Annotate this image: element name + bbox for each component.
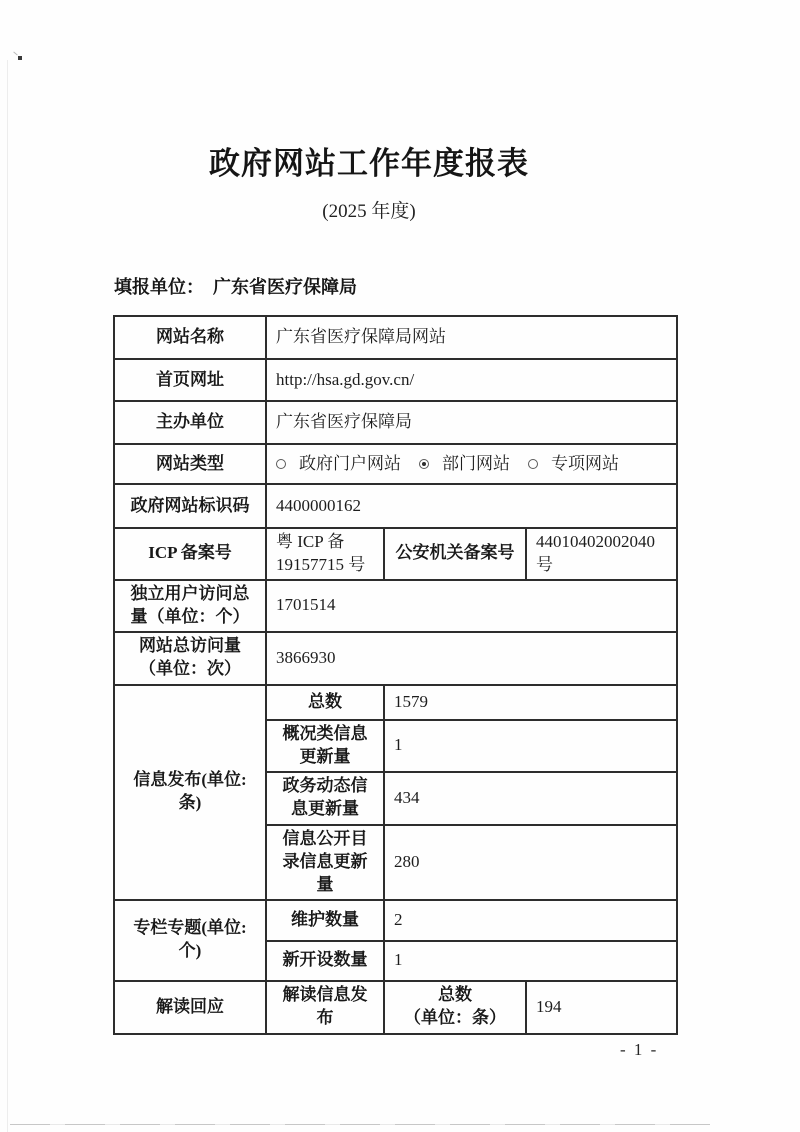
- scan-bottom-line: [10, 1124, 710, 1125]
- scan-artifact-dot: [18, 56, 22, 60]
- reporting-unit-label: 填报单位：: [114, 277, 204, 297]
- cell-total-visits: 3866930: [266, 632, 677, 685]
- table-row-total-visits: 网站总访问量（单位：次） 3866930: [114, 632, 677, 685]
- reporting-unit-line: 填报单位：广东省医疗保障局: [114, 273, 357, 299]
- row-label-police-record: 公安机关备案号: [384, 528, 526, 580]
- row-label-info-overview: 概况类信息更新量: [266, 720, 384, 772]
- website-type-options: 政府门户网站 部门网站 专项网站: [276, 453, 667, 476]
- row-label-icp: ICP 备案号: [114, 528, 266, 580]
- report-year: (2025 年度): [322, 196, 415, 223]
- row-label-columns-maintained: 维护数量: [266, 900, 384, 941]
- scan-edge-line: [7, 60, 8, 1132]
- row-label-unique-visitors: 独立用户访问总量（单位：个）: [114, 580, 266, 632]
- row-label-website-name: 网站名称: [114, 316, 266, 359]
- option-label-department-site: 部门网站: [442, 453, 510, 476]
- page-number: - 1 -: [620, 1040, 658, 1060]
- row-label-info-publish: 信息发布(单位:条): [114, 685, 266, 900]
- cell-sponsor: 广东省医疗保障局: [266, 401, 677, 444]
- cell-info-dynamic: 434: [384, 772, 677, 825]
- row-label-website-type: 网站类型: [114, 444, 266, 484]
- cell-interpretation-total: 194: [526, 981, 677, 1034]
- report-table: 网站名称 广东省医疗保障局网站 首页网址 http://hsa.gd.gov.c…: [113, 315, 678, 1035]
- table-row-icp: ICP 备案号 粤 ICP 备 19157715 号 公安机关备案号 44010…: [114, 528, 677, 580]
- cell-info-catalog: 280: [384, 825, 677, 900]
- report-title: 政府网站工作年度报表: [209, 138, 529, 183]
- row-label-special-columns: 专栏专题(单位:个): [114, 900, 266, 981]
- cell-unique-visitors: 1701514: [266, 580, 677, 632]
- cell-icp-number: 粤 ICP 备 19157715 号: [266, 528, 384, 580]
- row-label-sponsor: 主办单位: [114, 401, 266, 444]
- scan-artifact-tick: [13, 52, 17, 56]
- table-row-website-name: 网站名称 广东省医疗保障局网站: [114, 316, 677, 359]
- cell-website-type: 政府门户网站 部门网站 专项网站: [266, 444, 677, 484]
- table-row-website-type: 网站类型 政府门户网站 部门网站 专项网站: [114, 444, 677, 484]
- radio-icon-government-portal: [276, 459, 286, 469]
- row-label-homepage-url: 首页网址: [114, 359, 266, 401]
- row-label-total-visits: 网站总访问量（单位：次）: [114, 632, 266, 685]
- row-label-interpretation: 解读回应: [114, 981, 266, 1034]
- cell-columns-new: 1: [384, 941, 677, 981]
- row-label-info-total: 总数: [266, 685, 384, 720]
- table-row-homepage-url: 首页网址 http://hsa.gd.gov.cn/: [114, 359, 677, 401]
- table-row-unique-visitors: 独立用户访问总量（单位：个） 1701514: [114, 580, 677, 632]
- row-label-interpretation-total: 总数 （单位：条）: [384, 981, 526, 1034]
- option-special-site: 专项网站: [528, 453, 619, 476]
- table-row-sponsor: 主办单位 广东省医疗保障局: [114, 401, 677, 444]
- row-label-site-id: 政府网站标识码: [114, 484, 266, 528]
- row-label-info-dynamic: 政务动态信息更新量: [266, 772, 384, 825]
- document-page: 政府网站工作年度报表 (2025 年度) 填报单位：广东省医疗保障局 网站名称 …: [0, 0, 800, 1132]
- cell-info-overview: 1: [384, 720, 677, 772]
- row-label-info-catalog: 信息公开目录信息更新量: [266, 825, 384, 900]
- table-row-site-id: 政府网站标识码 4400000162: [114, 484, 677, 528]
- table-row-columns-maintained: 专栏专题(单位:个) 维护数量 2: [114, 900, 677, 941]
- cell-police-record-number: 44010402002040 号: [526, 528, 677, 580]
- table-row-interpretation: 解读回应 解读信息发布 总数 （单位：条） 194: [114, 981, 677, 1034]
- radio-icon-special-site: [528, 459, 538, 469]
- reporting-unit-value: 广东省医疗保障局: [213, 277, 357, 297]
- cell-columns-maintained: 2: [384, 900, 677, 941]
- table-row-info-total: 信息发布(单位:条) 总数 1579: [114, 685, 677, 720]
- option-government-portal: 政府门户网站: [276, 453, 401, 476]
- option-department-site: 部门网站: [419, 453, 510, 476]
- cell-info-total: 1579: [384, 685, 677, 720]
- option-label-special-site: 专项网站: [551, 453, 619, 476]
- radio-icon-department-site: [419, 459, 429, 469]
- row-label-interpretation-publish: 解读信息发布: [266, 981, 384, 1034]
- cell-homepage-url: http://hsa.gd.gov.cn/: [266, 359, 677, 401]
- row-label-columns-new: 新开设数量: [266, 941, 384, 981]
- option-label-government-portal: 政府门户网站: [299, 453, 401, 476]
- cell-website-name: 广东省医疗保障局网站: [266, 316, 677, 359]
- cell-site-id: 4400000162: [266, 484, 677, 528]
